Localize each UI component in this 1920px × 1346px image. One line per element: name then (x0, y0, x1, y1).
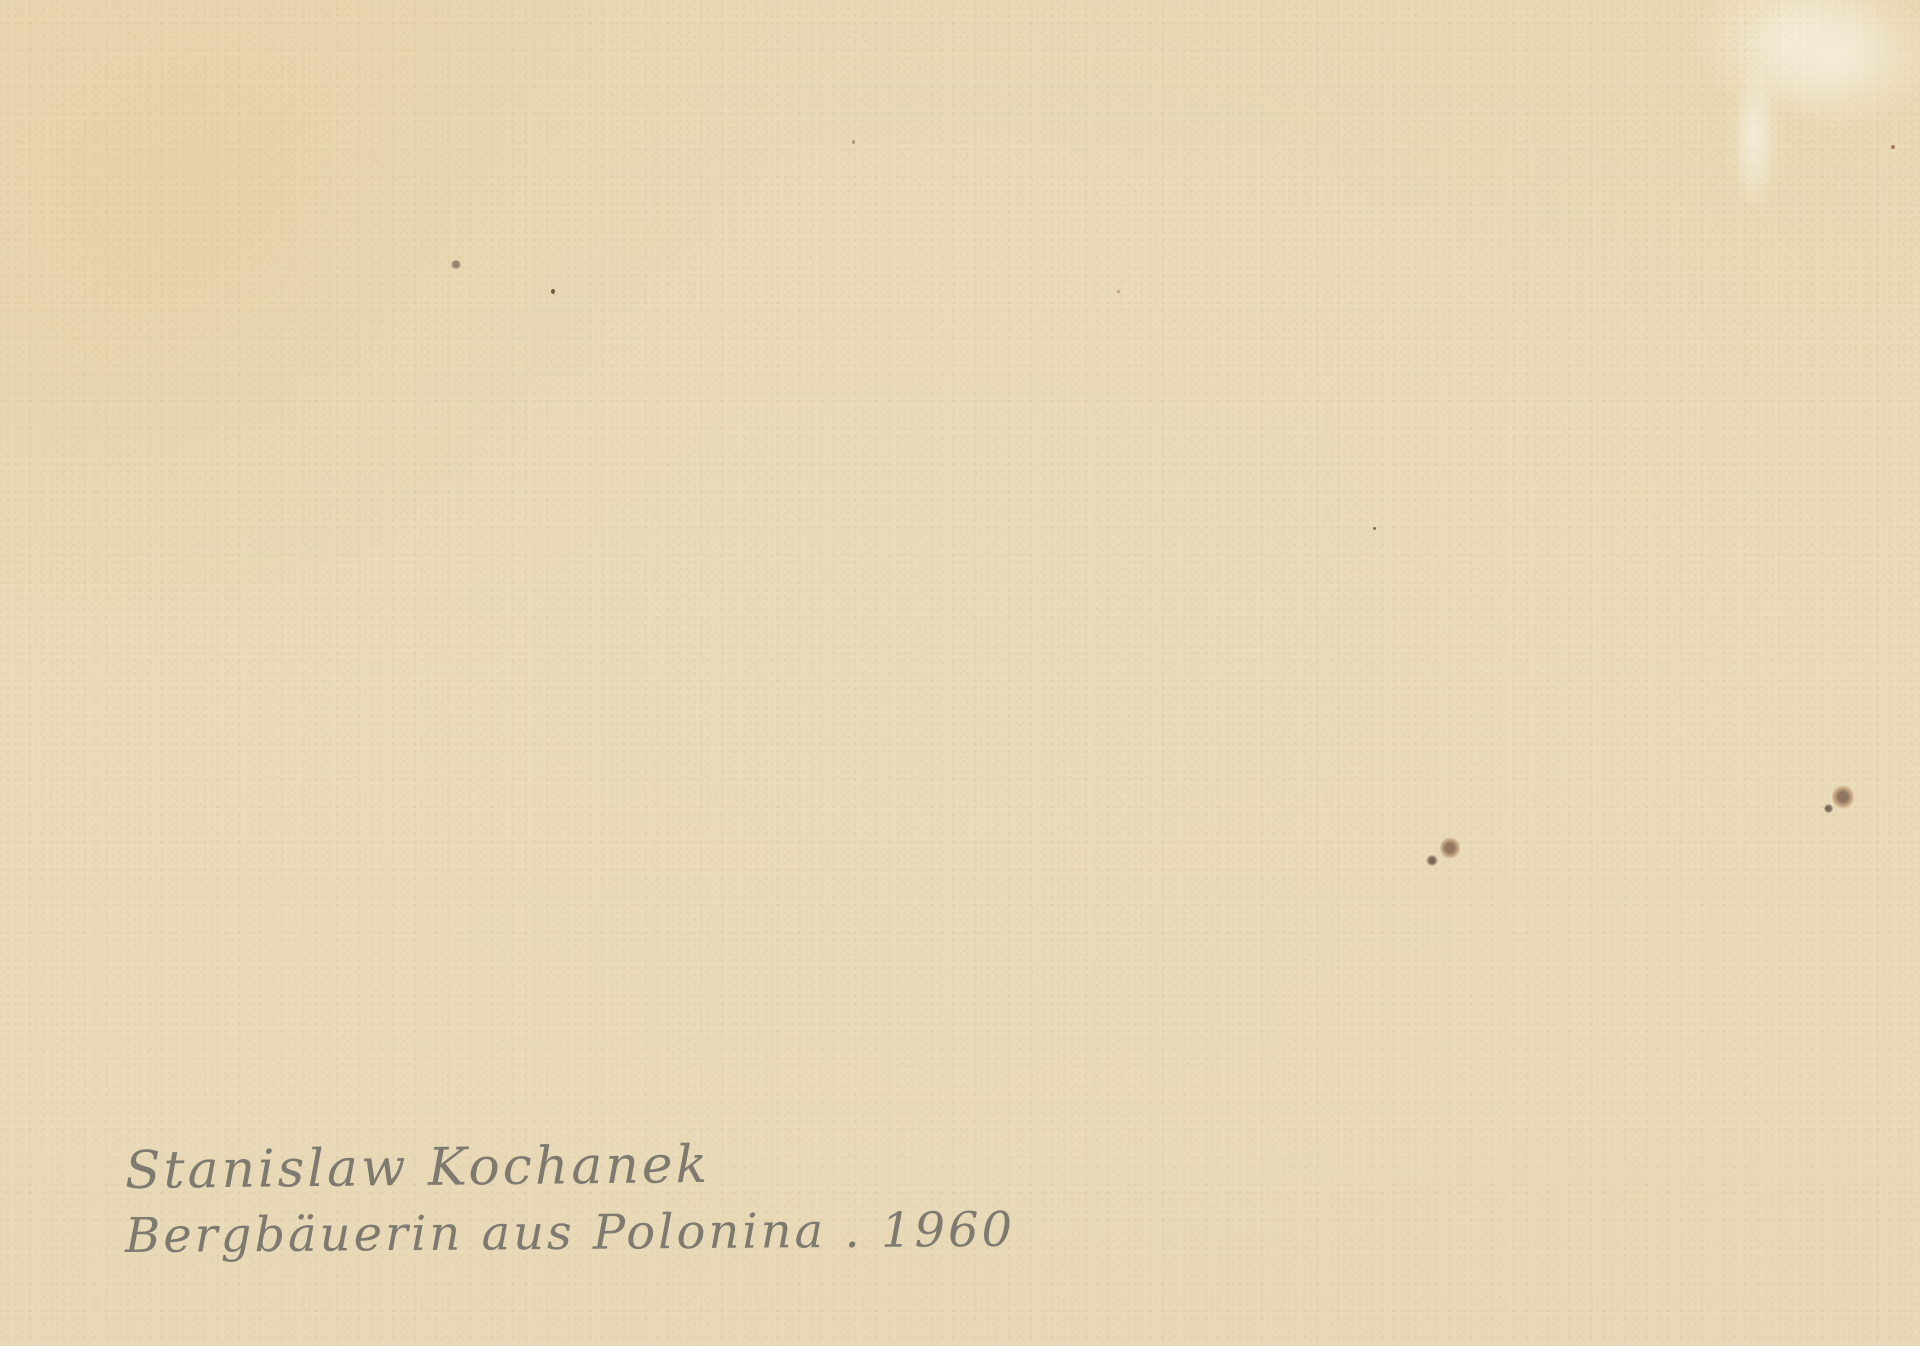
foxing-spot (1440, 837, 1460, 859)
artist-name: Stanislaw Kochanek (125, 1131, 1016, 1202)
speck (450, 260, 462, 269)
speck (1891, 145, 1895, 149)
artwork-title-and-year: Bergbäuerin aus Polonina . 1960 (125, 1200, 1016, 1266)
aged-paper-background: Stanislaw Kochanek Bergbäuerin aus Polon… (0, 0, 1920, 1346)
speck (551, 289, 555, 294)
speck (1117, 290, 1120, 293)
pencil-inscription: Stanislaw Kochanek Bergbäuerin aus Polon… (125, 1140, 1015, 1266)
foxing-spot (1824, 804, 1833, 813)
speck (1373, 527, 1376, 530)
foxing-spot (1426, 855, 1438, 866)
foxing-spot (1832, 785, 1854, 809)
water-stain-drip (1735, 60, 1775, 210)
speck (852, 140, 855, 144)
